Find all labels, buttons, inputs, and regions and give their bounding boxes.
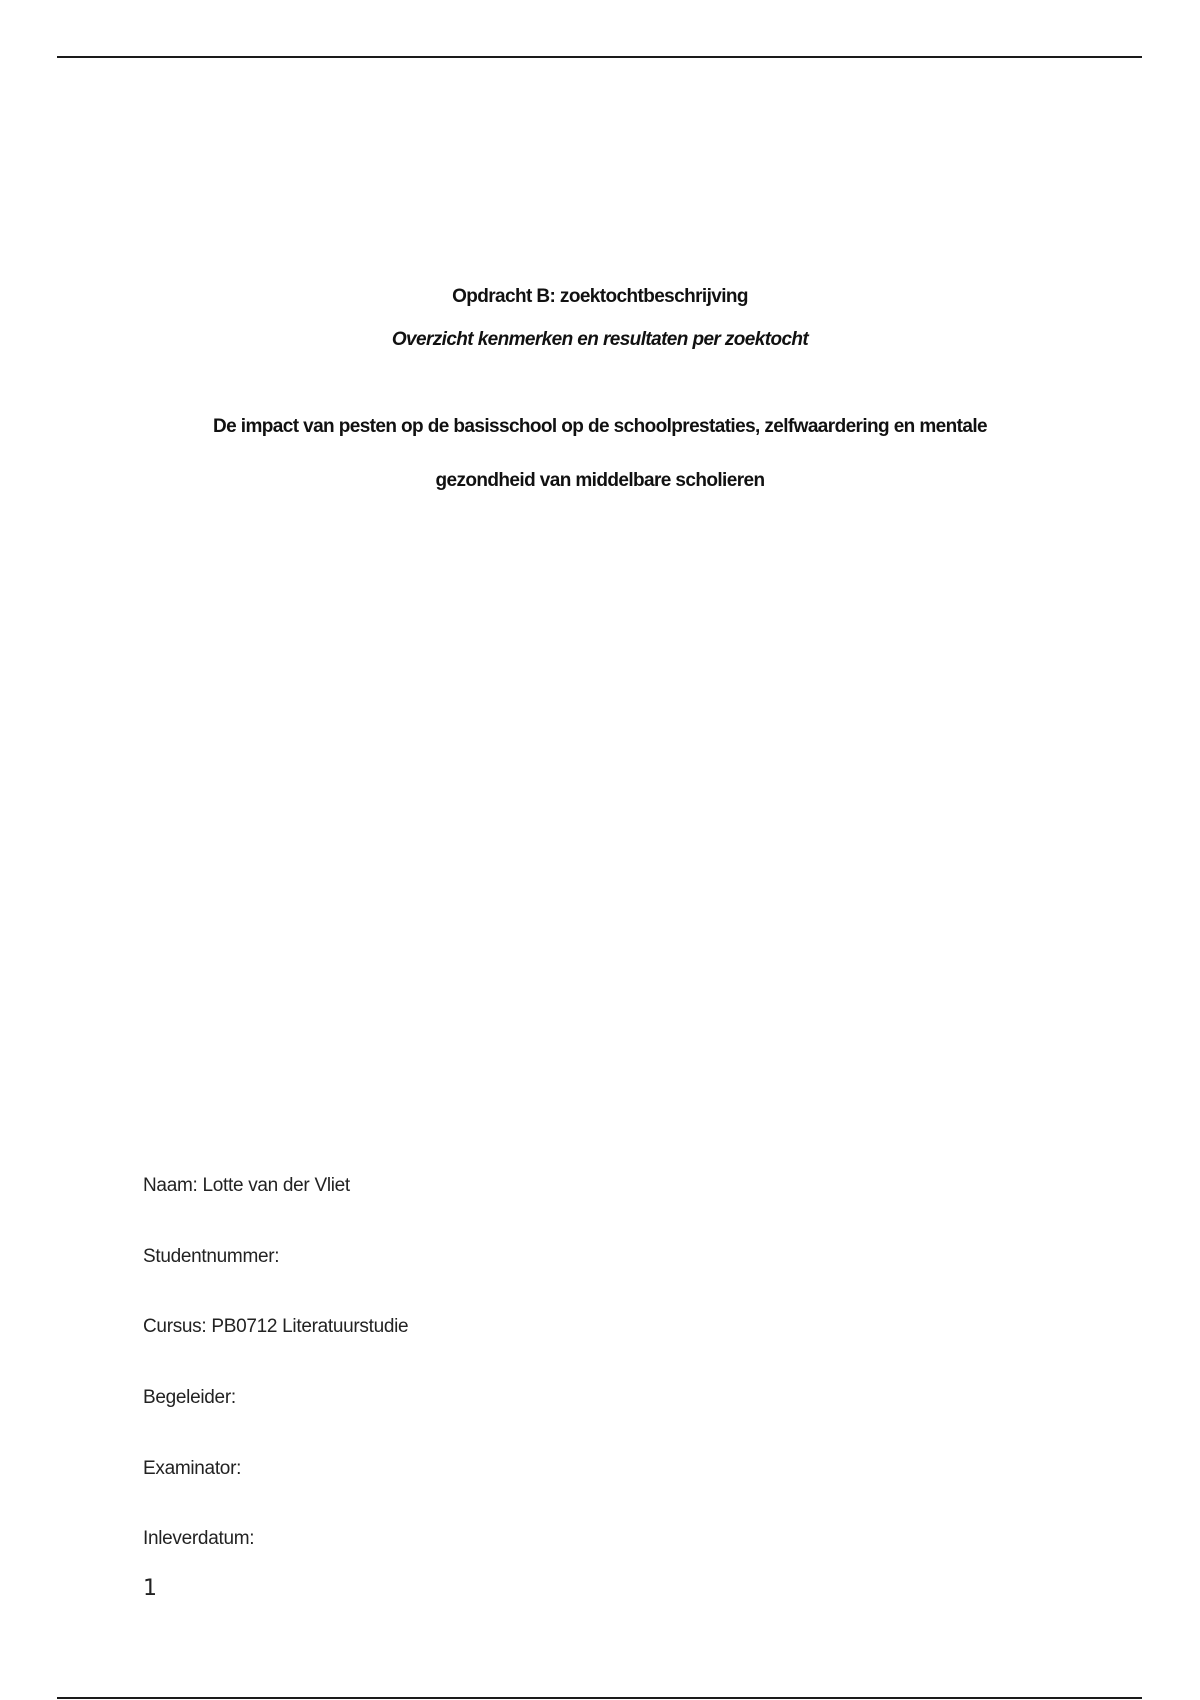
research-title-line-2: gezondheid van middelbare scholieren [0,470,1200,492]
meta-student-number: Studentnummer: [143,1246,279,1268]
assignment-title: Opdracht B: zoektochtbeschrijving [0,286,1200,308]
meta-label: Begeleider: [143,1387,236,1408]
meta-label: Inleverdatum: [143,1528,254,1549]
page-number: 1 [143,1576,157,1601]
footer-rule [57,1697,1142,1699]
meta-supervisor: Begeleider: [143,1387,236,1409]
meta-examiner: Examinator: [143,1458,241,1480]
research-title-line-1: De impact van pesten op de basisschool o… [0,416,1200,438]
meta-label: Studentnummer: [143,1246,279,1267]
meta-name: Naam: Lotte van der Vliet [143,1175,350,1197]
meta-label: Cursus: [143,1316,206,1337]
meta-value: PB0712 Literatuurstudie [211,1316,408,1337]
meta-value: Lotte van der Vliet [202,1175,349,1196]
header-rule [57,56,1142,58]
meta-label: Naam: [143,1175,197,1196]
meta-label: Examinator: [143,1458,241,1479]
meta-course: Cursus: PB0712 Literatuurstudie [143,1316,408,1338]
subtitle: Overzicht kenmerken en resultaten per zo… [0,329,1200,351]
meta-submission-date: Inleverdatum: [143,1528,254,1550]
